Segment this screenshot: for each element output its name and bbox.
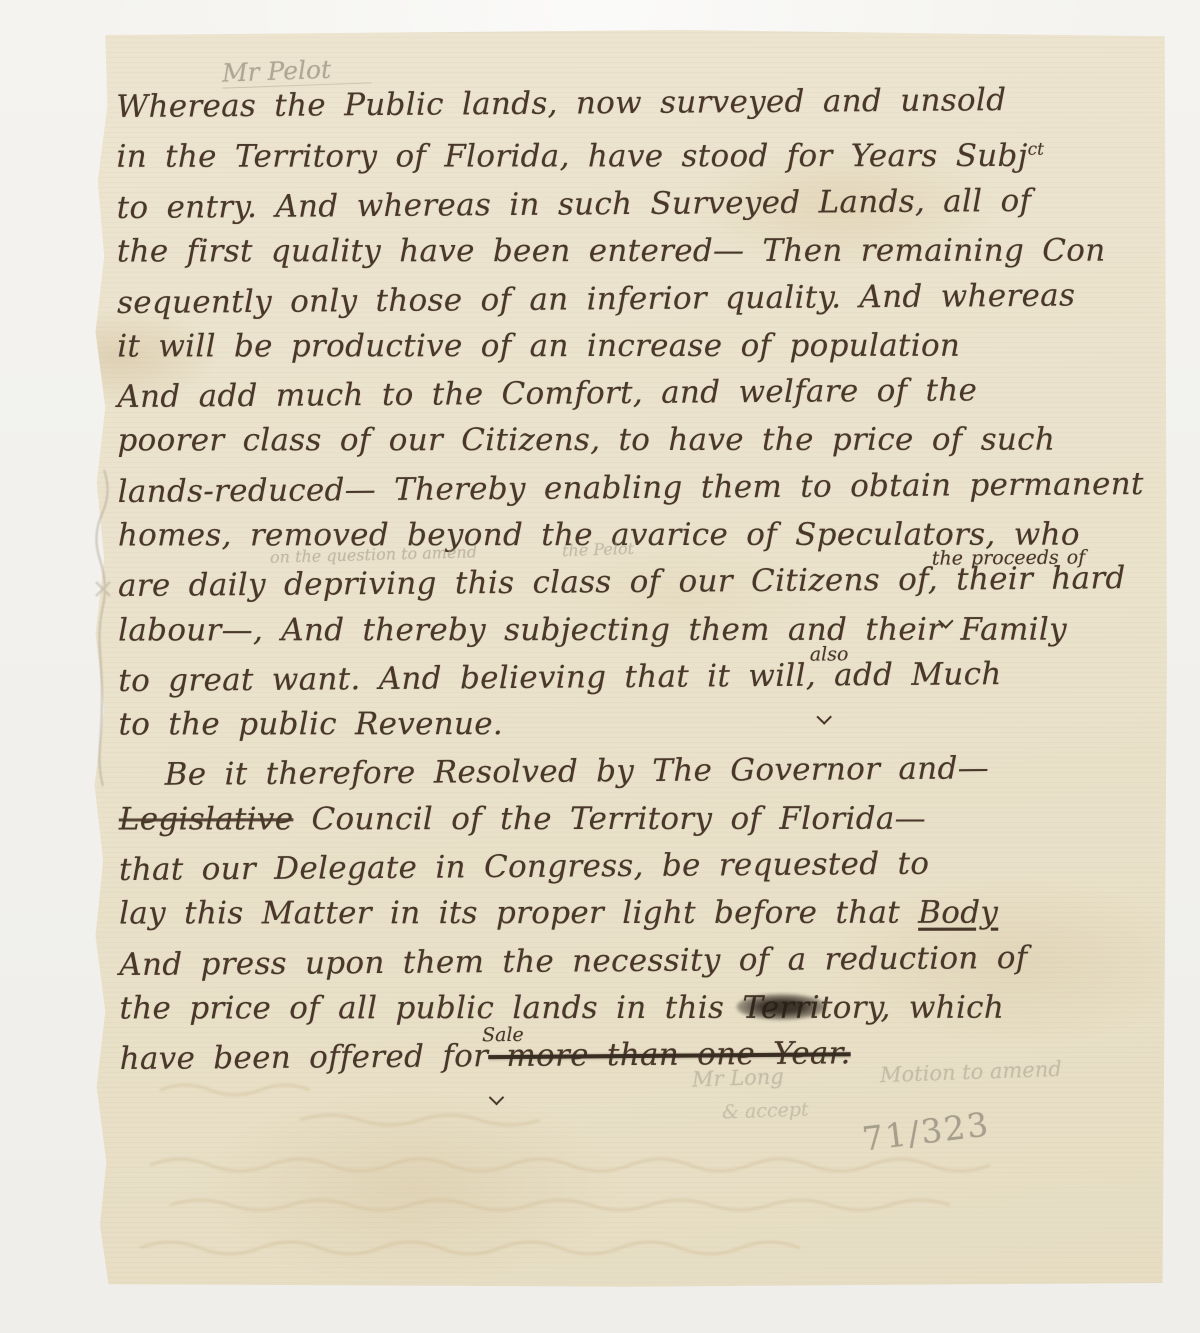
manuscript-line: poorer class of our Citizens, to have th… <box>117 417 1149 465</box>
manuscript-line: the price of all public lands in this Te… <box>119 985 1151 1033</box>
manuscript-line: sequently only those of an inferior qual… <box>117 271 1149 326</box>
pencil-name-annotation: Mr Pelot <box>222 53 372 88</box>
handwriting-text: sequently only those of an inferior qual… <box>117 277 1075 321</box>
manuscript-line: lands-reduced— Thereby enabling them to … <box>118 461 1150 516</box>
handwriting-text: to great want. And believing that it wil… <box>118 657 816 698</box>
inserted-text: also <box>810 645 849 664</box>
handwriting-text: to the public Revenue. <box>118 706 503 742</box>
handwriting-text: to entry. And whereas in such Surveyed L… <box>117 183 1032 226</box>
handwriting-text: Whereas the Public lands, now surveyed a… <box>116 82 1006 125</box>
handwriting-text: tory, which <box>820 990 1004 1026</box>
handwriting-text: And press upon them the necessity of a r… <box>119 940 1027 983</box>
handwriting-text: labour—, And thereby subjecting them and… <box>118 611 1067 648</box>
inserted-text: the proceeds of <box>932 549 1086 569</box>
manuscript-line: to the public Revenue. <box>118 701 1150 749</box>
bottom-pencil-accept-note: & accept <box>722 1098 809 1123</box>
manuscript-line: Legislative Council of the Territory of … <box>119 795 1151 843</box>
manuscript-line: lay this Matter in its proper light befo… <box>119 890 1151 938</box>
bottom-pencil-name: Mr Long <box>692 1064 785 1091</box>
scan-background: Whereas the Public lands, now surveyed a… <box>0 0 1200 1333</box>
handwriting-text: have been offered for <box>120 1038 489 1077</box>
handwriting-text: Be it therefore Resolved by The Governor… <box>165 751 990 793</box>
handwriting-text: the first quality have been entered— The… <box>117 233 1106 270</box>
manuscript-line: it will be productive of an increase of … <box>117 322 1149 370</box>
struck-text: Legislative <box>119 801 294 837</box>
inserted-text: Sale <box>482 1026 524 1045</box>
handwriting-text: lands-reduced— Thereby enabling them to … <box>118 466 1144 510</box>
manuscript-line: the first quality have been entered— The… <box>117 228 1149 276</box>
blotted-text: Terri <box>742 990 820 1026</box>
handwriting-text: lay this Matter in its proper light befo… <box>119 895 918 932</box>
manuscript-line: that our Delegate in Congress, be reques… <box>119 839 1151 894</box>
handwriting-text: in the Territory of Florida, have stood … <box>117 138 1028 175</box>
manuscript-line: in the Territory of Florida, have stood … <box>116 127 1148 182</box>
manuscript-line: to great want. And believing that it wil… <box>118 650 1150 705</box>
paper-sheet: Whereas the Public lands, now surveyed a… <box>88 30 1168 1288</box>
handwriting-text: the price of all public lands in this <box>119 990 742 1027</box>
manuscript-line: And press upon them the necessity of a r… <box>119 934 1151 989</box>
manuscript-line: Be it therefore Resolved by The Governor… <box>165 745 1151 800</box>
handwriting-text: that our Delegate in Congress, be reques… <box>119 846 930 888</box>
interlinear-pencil-note-name: the Pelot <box>562 539 635 561</box>
handwriting-text: And add much to the Comfort, and welfare… <box>117 372 977 415</box>
handwriting-text: are daily depriving this class of our Ci… <box>118 562 938 604</box>
manuscript-line: And add much to the Comfort, and welfare… <box>117 366 1149 421</box>
handwriting-text: it will be productive of an increase of … <box>117 328 960 365</box>
underlined-text: Body <box>918 895 998 931</box>
struck-text: more than one Year. <box>488 1036 851 1075</box>
caret-icon <box>488 1090 504 1106</box>
manuscript-body: Whereas the Public lands, now surveyed a… <box>116 78 1151 1081</box>
manuscript-line: labour—, And thereby subjecting them and… <box>118 606 1150 654</box>
handwriting-text: poorer class of our Citizens, to have th… <box>117 422 1055 459</box>
handwriting-text: Council of the Territory of Florida— <box>293 801 926 838</box>
handwriting-text: ct <box>1028 140 1044 160</box>
manuscript-line: to entry. And whereas in such Surveyed L… <box>117 177 1149 232</box>
